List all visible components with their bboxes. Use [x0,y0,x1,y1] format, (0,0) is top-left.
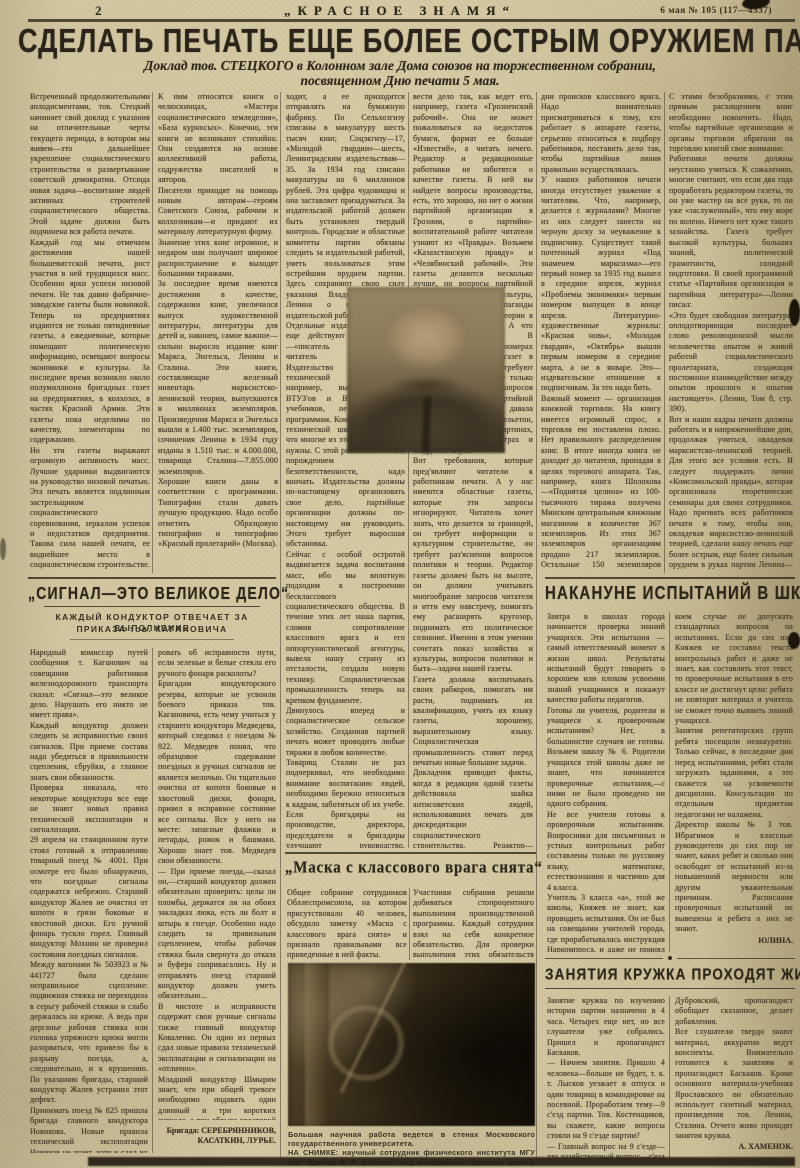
mask-column-1: Общее собрание сотрудников Обллеспромсою… [287,888,407,960]
photo-pillar-shape [305,963,329,1126]
bottom-scan-band [88,1157,795,1166]
column-rule [664,92,665,573]
signal-title: „СИГНАЛ—ЭТО ВЕЛИКОЕ ДЕЛО“ [28,584,276,602]
lead-headline-text: СДЕЛАТЬ ПЕЧАТЬ ЕЩЕ БОЛЕЕ ОСТРЫМ ОРУЖИЕМ … [18,22,800,60]
column-rule [536,92,537,1157]
photo-rod-shape [340,963,407,1093]
lead-column-4: вести дело так, как ведет его, например,… [413,92,533,848]
circle-signature: А. ХАМЕНОК. [675,1142,793,1152]
signal-title-text: „СИГНАЛ—ЭТО ВЕЛИКОЕ ДЕЛО“ [28,582,289,605]
mask-column-2: Участники собрания решили добиваться сто… [413,888,534,960]
portrait-tie-shape [422,396,431,453]
signal-subtitle-line2: ПРИКАЗА тов. КАГАНОВИЧА [28,624,276,635]
exams-title-text: НАКАНУНЕ ИСПЫТАНИЙ В ШКОЛАХ [545,583,800,606]
mask-title-text: „Маска с классового врага снята“ [285,858,543,879]
exams-box-top-rule [545,577,795,579]
signal-column-1: Народный комиссар путей сообщения т. Каг… [30,648,148,1153]
column-rule [669,612,670,952]
lead-column-5: дни происков классового врага. Надо вним… [541,92,661,572]
masthead-title: „КРАСНОЕ ЗНАМЯ“ [200,4,600,18]
lead-column-6: С этими безобразиями, с этим прямым расх… [669,92,793,572]
column-rule [669,996,670,1160]
mask-box-top-rule [285,852,536,854]
column-rule [408,92,409,848]
mask-title: „Маска с классового врага снята“ [285,859,536,877]
ink-stain [789,299,800,326]
exams-title: НАКАНУНЕ ИСПЫТАНИЙ В ШКОЛАХ [545,584,795,603]
ink-stain [788,632,800,649]
lead-column-3: ходит, а ее приходится отправлять на бум… [286,92,405,848]
column-rule [280,92,281,1157]
lead-subhead-line1: Доклад тов. СТЕЦКОГО в Колонном зале Дом… [60,58,740,73]
section-separator [545,956,795,960]
column-rule [409,888,410,960]
newspaper-page: 2 „КРАСНОЕ ЗНАМЯ“ 6 мая № 105 (117—4337)… [0,0,800,1168]
ink-stain [0,538,6,560]
lead-column-2: К ним относятся книги о челюскинцах, «Ма… [158,92,278,572]
lead-column-1: Встреченный продолжительными аплодисмент… [30,92,150,572]
lead-subhead-line2: посвященном Дню печати 5 мая. [60,73,740,88]
lead-headline: СДЕЛАТЬ ПЕЧАТЬ ЕЩЕ БОЛЕЕ ОСТРЫМ ОРУЖИЕМ … [18,26,782,56]
exams-column-2: коем случае не допускать стандартных воп… [675,612,793,934]
page-number: 2 [95,4,102,18]
signal-title-underline [44,606,260,607]
column-rule [152,648,153,1153]
circle-column-1: Занятие кружка по изучению истории парти… [547,996,665,1160]
signal-subtitle-underline [70,639,234,640]
dateline: 6 мая № 105 (117—4337) [560,6,772,17]
exams-signature: ЮЛИНА. [675,936,793,946]
signal-column-2: ровать об исправности пути, если зеленые… [158,648,276,1120]
signal-signature: Бригада: СЕРЕБРЯННИКОВ, КАСАТКИН, ЛУРЬЕ. [158,1126,276,1146]
signal-box-top-rule [28,577,276,579]
circle-column-2: Дубровский, пропагандист обобщает сказан… [675,996,793,1140]
photo-flywheel-shape [328,1005,404,1081]
circle-title: ЗАНЯТИЯ КРУЖКА ПРОХОДЯТ ЖИВО [545,965,795,984]
stetsky-portrait-photo [347,287,505,453]
exams-column-1: Завтра в школах города начинается провер… [547,612,665,952]
circle-title-underline [545,988,795,989]
laboratory-photo [288,963,535,1126]
column-rule [152,92,153,573]
separator-dot [668,956,672,960]
circle-title-text: ЗАНЯТИЯ КРУЖКА ПРОХОДЯТ ЖИВО [545,964,800,985]
